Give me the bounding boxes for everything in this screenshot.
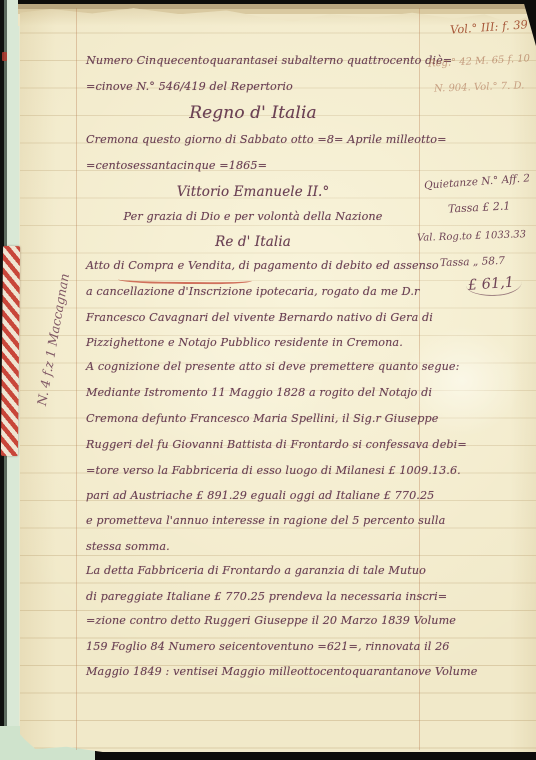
manuscript-line: Atto di Compra e Vendita, di pagamento d…: [86, 259, 420, 272]
manuscript-line: Numero Cinquecentoquarantasei subalterno…: [86, 54, 420, 67]
manuscript-line: A cognizione del presente atto si deve p…: [86, 360, 420, 373]
manuscript-line: =cinove N.° 546/419 del Repertorio: [86, 80, 420, 93]
manuscript-line: Per grazia di Dio e per volontà della Na…: [86, 210, 420, 223]
manuscript-line: a cancellazione d'Inscrizione ipotecaria…: [86, 285, 420, 298]
manuscript-line: di pareggiate Italiane £ 770.25 prendeva…: [86, 590, 420, 603]
manuscript-line: Regno d' Italia: [86, 103, 420, 123]
margin-rule-left: [76, 8, 77, 750]
manuscript-line: Vittorio Emanuele II.°: [86, 184, 420, 200]
manuscript-line: 159 Foglio 84 Numero seicentoventuno =62…: [86, 640, 420, 653]
manuscript-line: Re d' Italia: [86, 234, 420, 250]
scanned-document: Numero Cinquecentoquarantasei subalterno…: [0, 0, 536, 760]
manuscript-line: e prometteva l'annuo interesse in ragion…: [86, 514, 420, 527]
manuscript-line: =zione contro detto Ruggeri Giuseppe il …: [86, 614, 420, 627]
manuscript-line: =centosessantacinque =1865=: [86, 159, 420, 172]
manuscript-line: Mediante Istromento 11 Maggio 1828 a rog…: [86, 386, 420, 399]
manuscript-line: =tore verso la Fabbriceria di esso luogo…: [86, 464, 420, 477]
red-ink-speck: [2, 52, 7, 61]
manuscript-line: Francesco Cavagnari del vivente Bernardo…: [86, 311, 420, 324]
manuscript-line: Maggio 1849 : ventisei Maggio milleottoc…: [86, 665, 420, 678]
manuscript-line: Cremona questo giorno di Sabbato otto =8…: [86, 133, 420, 146]
manuscript-line: stessa somma.: [86, 540, 420, 553]
manuscript-line: Ruggeri del fu Giovanni Battista di Fron…: [86, 438, 420, 451]
binding-tape-stripes: [1, 246, 20, 456]
manuscript-line: La detta Fabbriceria di Frontardo a gara…: [86, 564, 420, 577]
manuscript-line: pari ad Austriache £ 891.29 eguali oggi …: [86, 489, 420, 502]
manuscript-line: Pizzighettone e Notajo Pubblico resident…: [86, 336, 420, 349]
fee-note: Tassa „ 58.7: [440, 255, 505, 269]
manuscript-line: Cremona defunto Francesco Maria Spellini…: [86, 412, 420, 425]
